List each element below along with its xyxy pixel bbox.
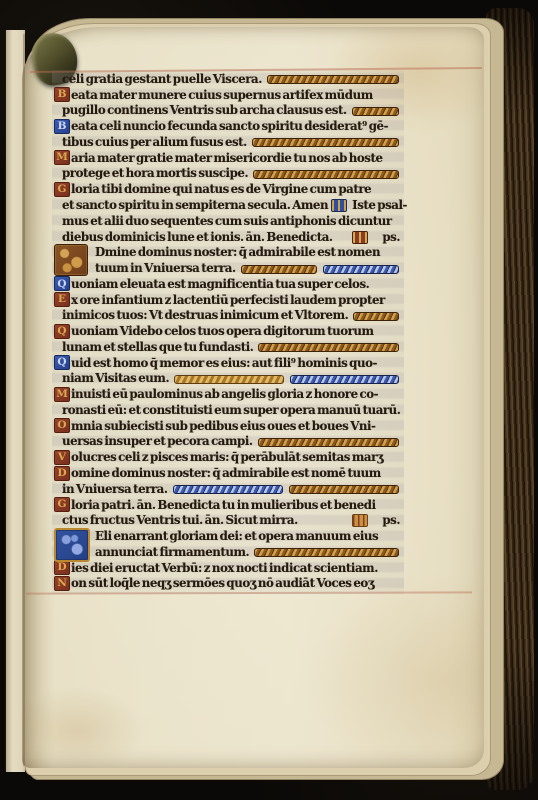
text-line: ctus fructus Ventris tui. ān. Sicut mirr… <box>62 512 400 528</box>
illuminated-initial: D <box>54 560 70 575</box>
text-line: annunciat firmamentum. <box>62 544 400 560</box>
line-text: olucres celi z pisces maris: q̄ perābulā… <box>71 450 383 464</box>
line-text: et sancto spiritu in sempiterna secula. … <box>62 198 328 212</box>
text-line: tuum in Vniuersa terra. <box>62 260 400 276</box>
drop-cap-block <box>54 528 90 562</box>
text-line: pugillo continens Ventris sub archa clau… <box>62 103 400 119</box>
line-text: tuum in Vniuersa terra. <box>95 261 236 275</box>
text-line: in Vniuersa terra. <box>62 481 400 497</box>
line-text: celi gratia gestant puelle Viscera. <box>62 72 262 86</box>
illuminated-initial: Q <box>54 276 70 291</box>
line-filler <box>323 265 399 274</box>
illuminated-initial: Q <box>54 355 70 370</box>
line-text: Dmine dominus noster: q̄ admirabile est … <box>95 245 380 259</box>
text-line: uersas insuper et pecora campi. <box>62 434 400 450</box>
line-filler <box>353 312 399 321</box>
line-text-tail: Iste psal- <box>352 198 407 212</box>
line-text: ies diei eructat Verbū: z nox nocti indi… <box>71 561 378 575</box>
line-text: pugillo continens Ventris sub archa clau… <box>62 103 347 117</box>
line-text: eata mater munere cuius supernus artifex… <box>71 88 373 102</box>
text-line: Minuisti eū paulominus ab angelis gloria… <box>62 386 400 402</box>
text-line: Dmine dominus noster: q̄ admirabile est … <box>62 244 400 260</box>
line-text: Eli enarrant gloriam dei: et opera manuu… <box>95 529 378 543</box>
line-filler <box>254 548 399 557</box>
line-text: niam Visitas eum. <box>62 371 169 385</box>
line-text: lunam et stellas que tu fundasti. <box>62 340 253 354</box>
text-line: Domine dominus noster: q̄ admirabile est… <box>62 465 400 481</box>
illuminated-initial: N <box>54 576 70 591</box>
illuminated-initial: O <box>54 418 70 433</box>
line-filler <box>352 107 399 116</box>
line-text: uersas insuper et pecora campi. <box>62 434 253 448</box>
line-text: inimicos tuos: Vt destruas inimicum et V… <box>62 308 348 322</box>
illuminated-initial: B <box>54 119 70 134</box>
text-line: Omnia subiecisti sub pedibus eius oues e… <box>62 418 400 434</box>
text-line: Quoniam eleuata est magnificentia tua su… <box>62 276 400 292</box>
line-filler <box>258 343 399 352</box>
line-text: aria mater gratie mater misericordie tu … <box>71 151 383 165</box>
line-text: uid est homo q̄ memor es eius: aut fili⁹… <box>71 356 377 370</box>
line-text: inuisti eū paulominus ab angelis gloria … <box>71 387 378 401</box>
text-line: protege et hora mortis suscipe. <box>62 166 400 182</box>
text-line: Quoniam Videbo celos tuos opera digitoru… <box>62 323 400 339</box>
illuminated-initial: B <box>54 87 70 102</box>
gutter-crease <box>23 34 25 766</box>
text-line: Quid est homo q̄ memor es eius: aut fili… <box>62 355 400 371</box>
line-text: eata celi nuncio fecunda sancto spiritu … <box>71 119 388 133</box>
line-text: ctus fructus Ventris tui. ān. Sicut mirr… <box>62 513 298 527</box>
text-line: ronasti eū: et constituisti eum super op… <box>62 402 400 418</box>
line-text: annunciat firmamentum. <box>95 545 249 559</box>
line-filler <box>267 75 399 84</box>
illuminated-initial: M <box>54 387 70 402</box>
text-line: Dies diei eructat Verbū: z nox nocti ind… <box>62 560 400 576</box>
line-text: mus et alii duo sequentes cum suis antip… <box>62 214 392 228</box>
text-line: lunam et stellas que tu fundasti. <box>62 339 400 355</box>
line-text-tail: ps. <box>382 513 400 527</box>
text-block: celi gratia gestant puelle Viscera.Beata… <box>62 71 400 593</box>
text-line: Beata celi nuncio fecunda sancto spiritu… <box>62 118 400 134</box>
line-text: loria patri. ān. Benedicta tu in mulieri… <box>71 498 376 512</box>
line-filler <box>290 375 399 384</box>
text-line: mus et alii duo sequentes cum suis antip… <box>62 213 400 229</box>
line-filler <box>289 485 399 494</box>
line-filler <box>258 438 399 447</box>
line-text: omine dominus noster: q̄ admirabile est … <box>71 466 381 480</box>
line-text: on sūt loq̄le neqʒ sermōes quoʒ nō audiā… <box>71 576 374 590</box>
illuminated-initial: G <box>54 182 70 197</box>
text-line: niam Visitas eum. <box>62 371 400 387</box>
line-filler <box>252 138 399 147</box>
paraph-mark <box>352 514 368 527</box>
line-filler <box>173 485 283 494</box>
drop-cap-block <box>54 244 88 276</box>
line-filler <box>174 375 283 384</box>
text-line: diebus dominicis lune et ionis. ān. Bene… <box>62 229 400 245</box>
paraph-mark <box>331 199 347 212</box>
text-line: Maria mater gratie mater misericordie tu… <box>62 150 400 166</box>
line-text: mnia subiecisti sub pedibus eius oues et… <box>71 419 376 433</box>
text-line: Beata mater munere cuius supernus artife… <box>62 87 400 103</box>
text-line: Eli enarrant gloriam dei: et opera manuu… <box>62 528 400 544</box>
illuminated-initial: M <box>54 150 70 165</box>
text-line: tibus cuius per alium fusus est. <box>62 134 400 150</box>
line-text: ronasti eū: et constituisti eum super op… <box>62 403 400 417</box>
text-line: celi gratia gestant puelle Viscera. <box>62 71 400 87</box>
line-text: uoniam Videbo celos tuos opera digitorum… <box>71 324 374 338</box>
text-line: et sancto spiritu in sempiterna secula. … <box>62 197 400 213</box>
text-line: Gloria patri. ān. Benedicta tu in mulier… <box>62 497 400 513</box>
line-text-tail: ps. <box>382 230 400 244</box>
photo-frame: celi gratia gestant puelle Viscera.Beata… <box>0 0 538 800</box>
illuminated-initial: V <box>54 450 70 465</box>
text-line: Ex ore infantium z lactentiū perfecisti … <box>62 292 400 308</box>
line-text: in Vniuersa terra. <box>62 482 168 496</box>
text-line: inimicos tuos: Vt destruas inimicum et V… <box>62 307 400 323</box>
paraph-mark <box>352 231 368 244</box>
line-text: uoniam eleuata est magnificentia tua sup… <box>71 277 369 291</box>
line-filler <box>241 265 317 274</box>
line-text: loria tibi domine qui natus es de Virgin… <box>71 182 371 196</box>
illuminated-initial: E <box>54 292 70 307</box>
text-line: Gloria tibi domine qui natus es de Virgi… <box>62 181 400 197</box>
line-text: protege et hora mortis suscipe. <box>62 166 248 180</box>
illuminated-initial: Q <box>54 324 70 339</box>
illuminated-initial: D <box>54 466 70 481</box>
text-line: Volucres celi z pisces maris: q̄ perābul… <box>62 449 400 465</box>
line-text: x ore infantium z lactentiū perfecisti l… <box>71 293 385 307</box>
line-text: tibus cuius per alium fusus est. <box>62 135 247 149</box>
illuminated-initial: G <box>54 497 70 512</box>
text-line: Non sūt loq̄le neqʒ sermōes quoʒ nō audi… <box>62 576 400 592</box>
line-text: diebus dominicis lune et ionis. ān. Bene… <box>62 230 333 244</box>
line-filler <box>253 170 399 179</box>
